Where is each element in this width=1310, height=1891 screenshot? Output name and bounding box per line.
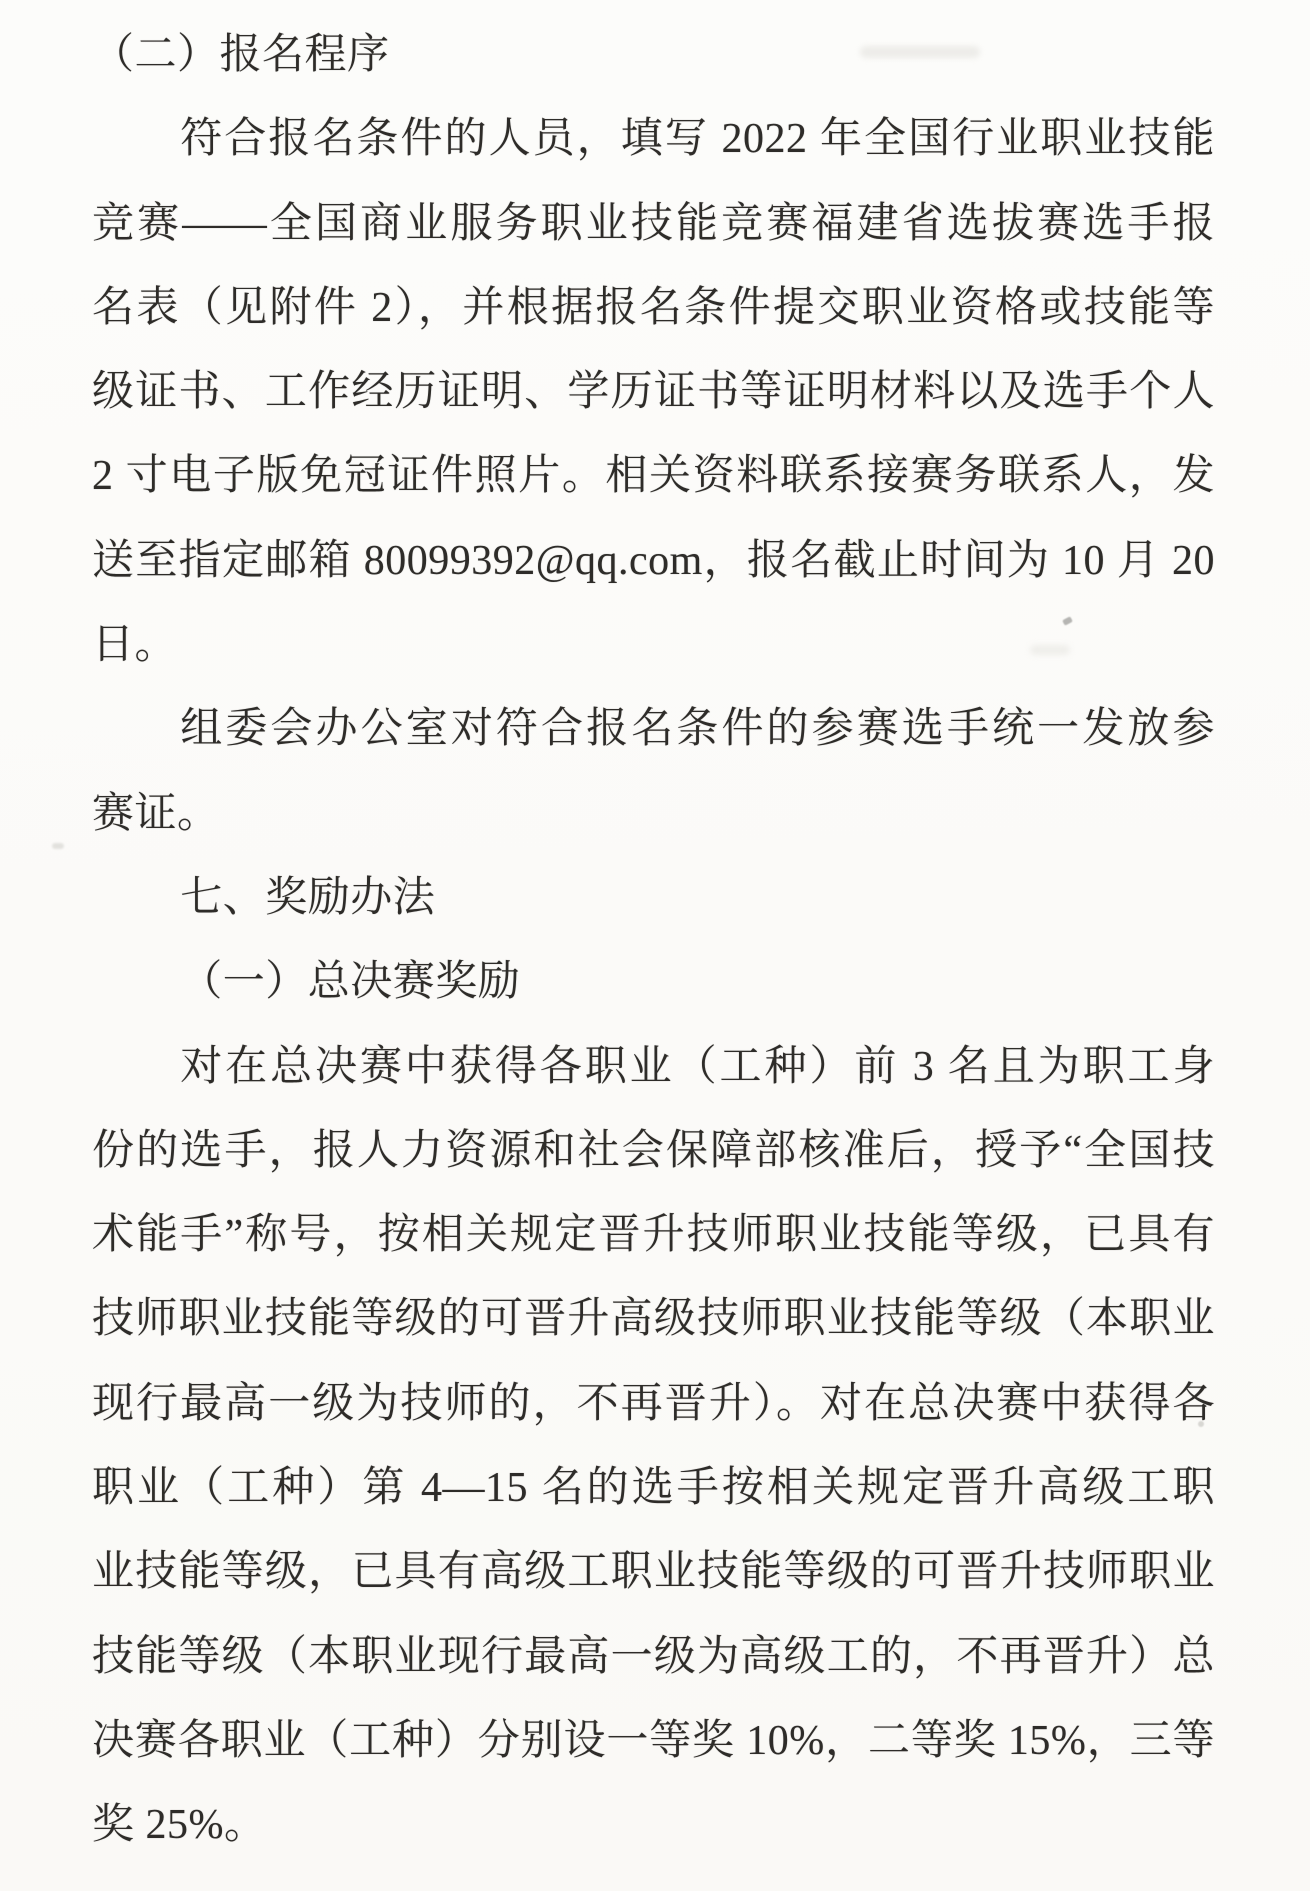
text-line: 符合报名条件的人员，填写 2022 年全国行业职业技能: [92, 97, 1215, 181]
text-line: 技能等级（本职业现行最高一级为高级工的，不再晋升）总: [92, 1615, 1215, 1699]
text-line: 日。: [92, 603, 1215, 687]
subsection-heading-line: （二）报名程序: [92, 13, 1215, 97]
scan-speck: [52, 843, 64, 849]
text-line: 技师职业技能等级的可晋升高级技师职业技能等级（本职业: [92, 1277, 1215, 1361]
text-block: （二）报名程序符合报名条件的人员，填写 2022 年全国行业职业技能竞赛——全国…: [92, 13, 1215, 1868]
text-line: 份的选手，报人力资源和社会保障部核准后，授予“全国技: [92, 1109, 1215, 1193]
text-line: 决赛各职业（工种）分别设一等奖 10%，二等奖 15%，三等: [92, 1699, 1215, 1783]
subsection-heading-line: （一）总决赛奖励: [92, 940, 1215, 1024]
text-line: 赛证。: [92, 772, 1215, 856]
text-line: 职业（工种）第 4—15 名的选手按相关规定晋升高级工职: [92, 1446, 1215, 1530]
text-line: 术能手”称号，按相关规定晋升技师职业技能等级，已具有: [92, 1193, 1215, 1277]
text-line: 对在总决赛中获得各职业（工种）前 3 名且为职工身: [92, 1025, 1215, 1109]
text-line: 2 寸电子版免冠证件照片。相关资料联系接赛务联系人，发: [92, 434, 1215, 518]
text-line: 竞赛——全国商业服务职业技能竞赛福建省选拔赛选手报: [92, 182, 1215, 266]
text-line: 现行最高一级为技师的，不再晋升）。对在总决赛中获得各: [92, 1362, 1215, 1446]
text-line: 奖 25%。: [92, 1783, 1215, 1867]
section-heading-line: 七、奖励办法: [92, 856, 1215, 940]
text-line: 送至指定邮箱 80099392@qq.com，报名截止时间为 10 月 20: [92, 519, 1215, 603]
text-line: 级证书、工作经历证明、学历证书等证明材料以及选手个人: [92, 350, 1215, 434]
text-line: 业技能等级，已具有高级工职业技能等级的可晋升技师职业: [92, 1530, 1215, 1614]
scanned-document-page: （二）报名程序符合报名条件的人员，填写 2022 年全国行业职业技能竞赛——全国…: [0, 0, 1310, 1891]
text-line: 名表（见附件 2），并根据报名条件提交职业资格或技能等: [92, 266, 1215, 350]
text-line: 组委会办公室对符合报名条件的参赛选手统一发放参: [92, 687, 1215, 771]
